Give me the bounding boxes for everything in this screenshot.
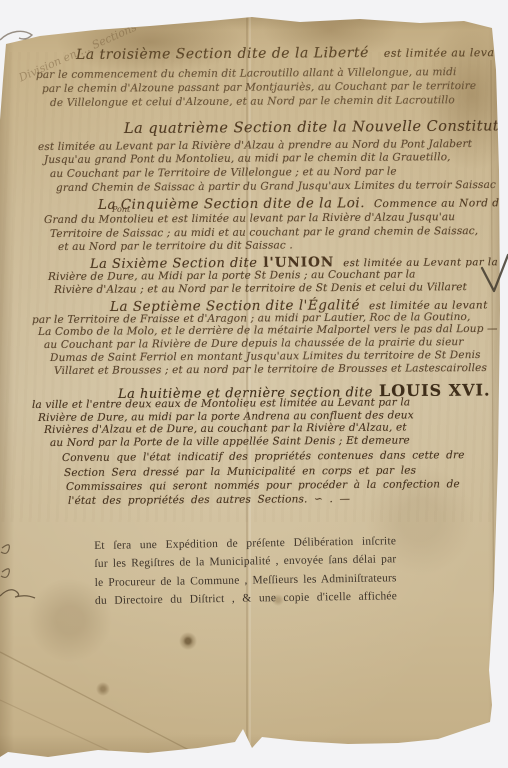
margin-paraph-icon bbox=[1, 569, 9, 578]
margin-flourish-top-icon bbox=[0, 31, 32, 40]
margin-paraph-icon bbox=[1, 545, 9, 554]
scanned-document-photo: Du 11 … 1791 — Division en … Sections La… bbox=[0, 0, 508, 768]
margin-signature-flourish-icon bbox=[0, 590, 35, 598]
pen-checkmark-icon bbox=[482, 255, 508, 291]
pen-marks-overlay bbox=[0, 0, 508, 768]
